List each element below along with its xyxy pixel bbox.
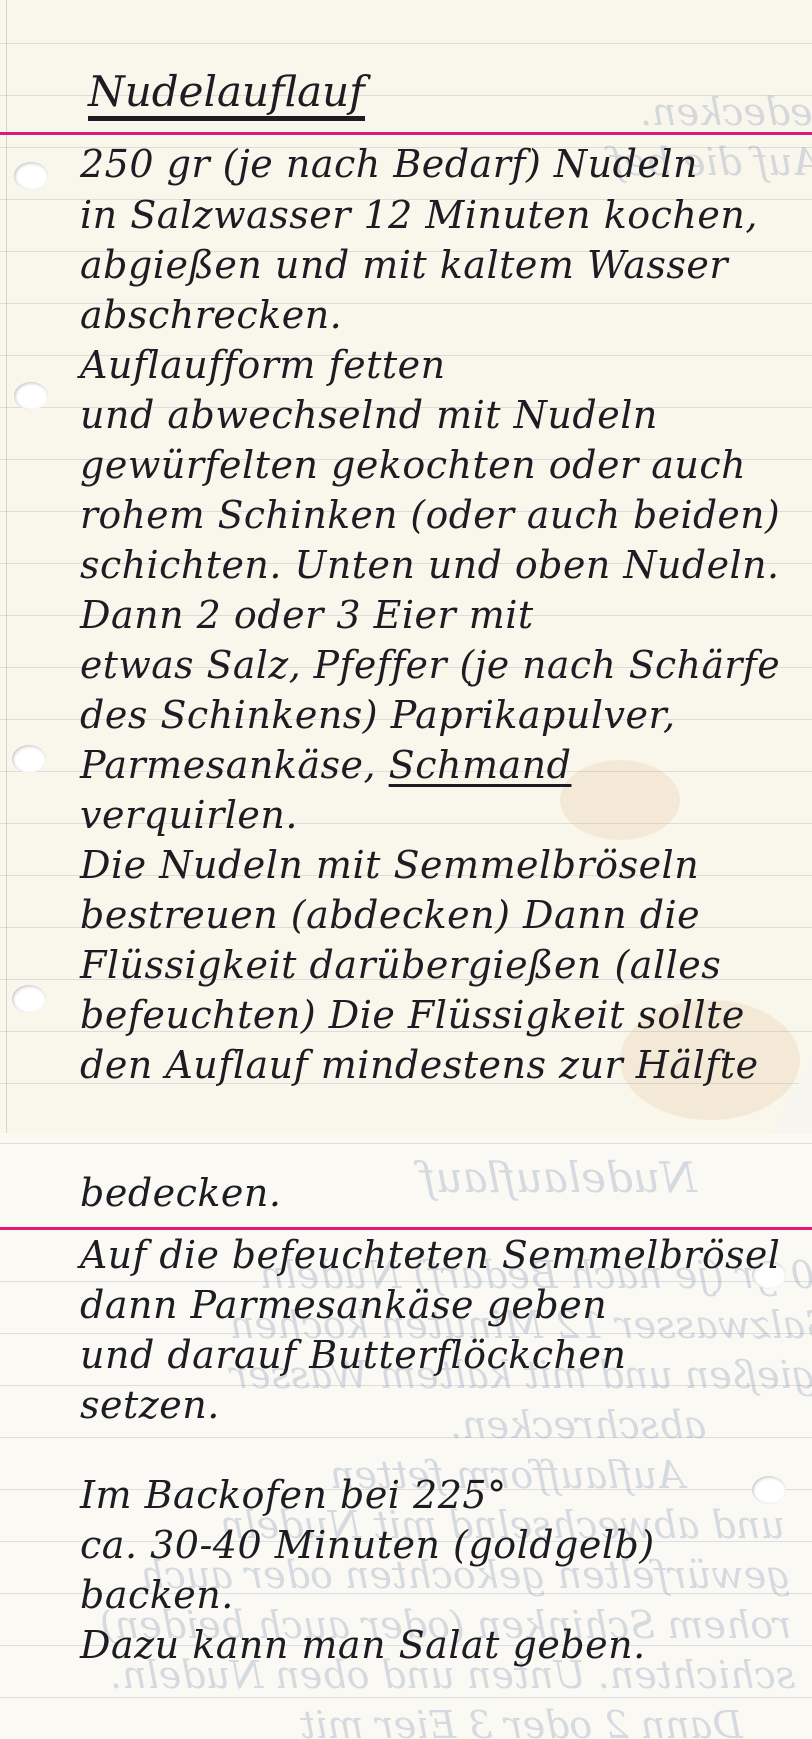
punch-hole: [12, 985, 46, 1013]
show-through-text: Nudelauflauf: [420, 1153, 697, 1202]
recipe-line: abschrecken.: [80, 293, 342, 337]
underlined-word: Schmand: [389, 743, 572, 787]
recipe-line: Dazu kann man Salat geben.: [80, 1623, 646, 1667]
recipe-line: ca. 30-40 Minuten (goldgelb): [80, 1523, 655, 1567]
punch-hole: [12, 745, 46, 773]
recipe-line: backen.: [80, 1573, 234, 1617]
recipe-card-1: bedecken. Auf die bef Nudelauflauf 250 g…: [0, 0, 812, 1133]
recipe-line: in Salzwasser 12 Minuten kochen,: [80, 193, 758, 237]
recipe-line-with-underline: Parmesankäse, Schmand: [80, 743, 571, 787]
recipe-line: abgießen und mit kaltem Wasser: [80, 243, 728, 287]
show-through-text: abschrecken.: [450, 1403, 706, 1447]
recipe-line: setzen.: [80, 1383, 220, 1427]
recipe-line: verquirlen.: [80, 793, 298, 837]
recipe-line: rohem Schinken (oder auch beiden): [80, 493, 780, 537]
recipe-title: Nudelauflauf: [88, 70, 365, 121]
margin-line: [0, 1227, 812, 1230]
recipe-line: und abwechselnd mit Nudeln: [80, 393, 658, 437]
recipe-line: Die Nudeln mit Semmelbröseln: [80, 843, 699, 887]
recipe-line: Auflaufform fetten: [80, 343, 446, 387]
recipe-line: den Auflauf mindestens zur Hälfte: [80, 1043, 759, 1087]
recipe-line: schichten. Unten und oben Nudeln.: [80, 543, 780, 587]
recipe-card-2: Nudelauflauf 250 gr (je nach Bedarf) Nud…: [0, 1133, 812, 1739]
recipe-line: 250 gr (je nach Bedarf) Nudeln: [80, 142, 698, 186]
recipe-line: Auf die befeuchteten Semmelbrösel: [80, 1233, 780, 1277]
paper-stain: [560, 760, 680, 840]
punch-hole: [14, 162, 48, 190]
recipe-line: etwas Salz, Pfeffer (je nach Schärfe: [80, 643, 780, 687]
recipe-line: Dann 2 oder 3 Eier mit: [80, 593, 534, 637]
show-through-text: bedecken.: [640, 90, 812, 134]
punch-hole: [14, 382, 48, 410]
recipe-line: bedecken.: [80, 1171, 281, 1215]
recipe-line: dann Parmesankäse geben: [80, 1283, 607, 1327]
punch-hole: [752, 1476, 786, 1504]
show-through-text: Dann 2 oder 3 Eier mit: [300, 1703, 743, 1739]
recipe-line: Flüssigkeit darübergießen (alles: [80, 943, 721, 987]
recipe-line: befeuchten) Die Flüssigkeit sollte: [80, 993, 745, 1037]
recipe-line: bestreuen (abdecken) Dann die: [80, 893, 700, 937]
recipe-line: und darauf Butterflöckchen: [80, 1333, 626, 1377]
recipe-line: Im Backofen bei 225°: [80, 1473, 507, 1517]
card-edge: [6, 0, 7, 1133]
recipe-line: gewürfelten gekochten oder auch: [80, 443, 746, 487]
margin-line: [0, 132, 812, 135]
recipe-line: des Schinkens) Paprikapulver,: [80, 693, 676, 737]
